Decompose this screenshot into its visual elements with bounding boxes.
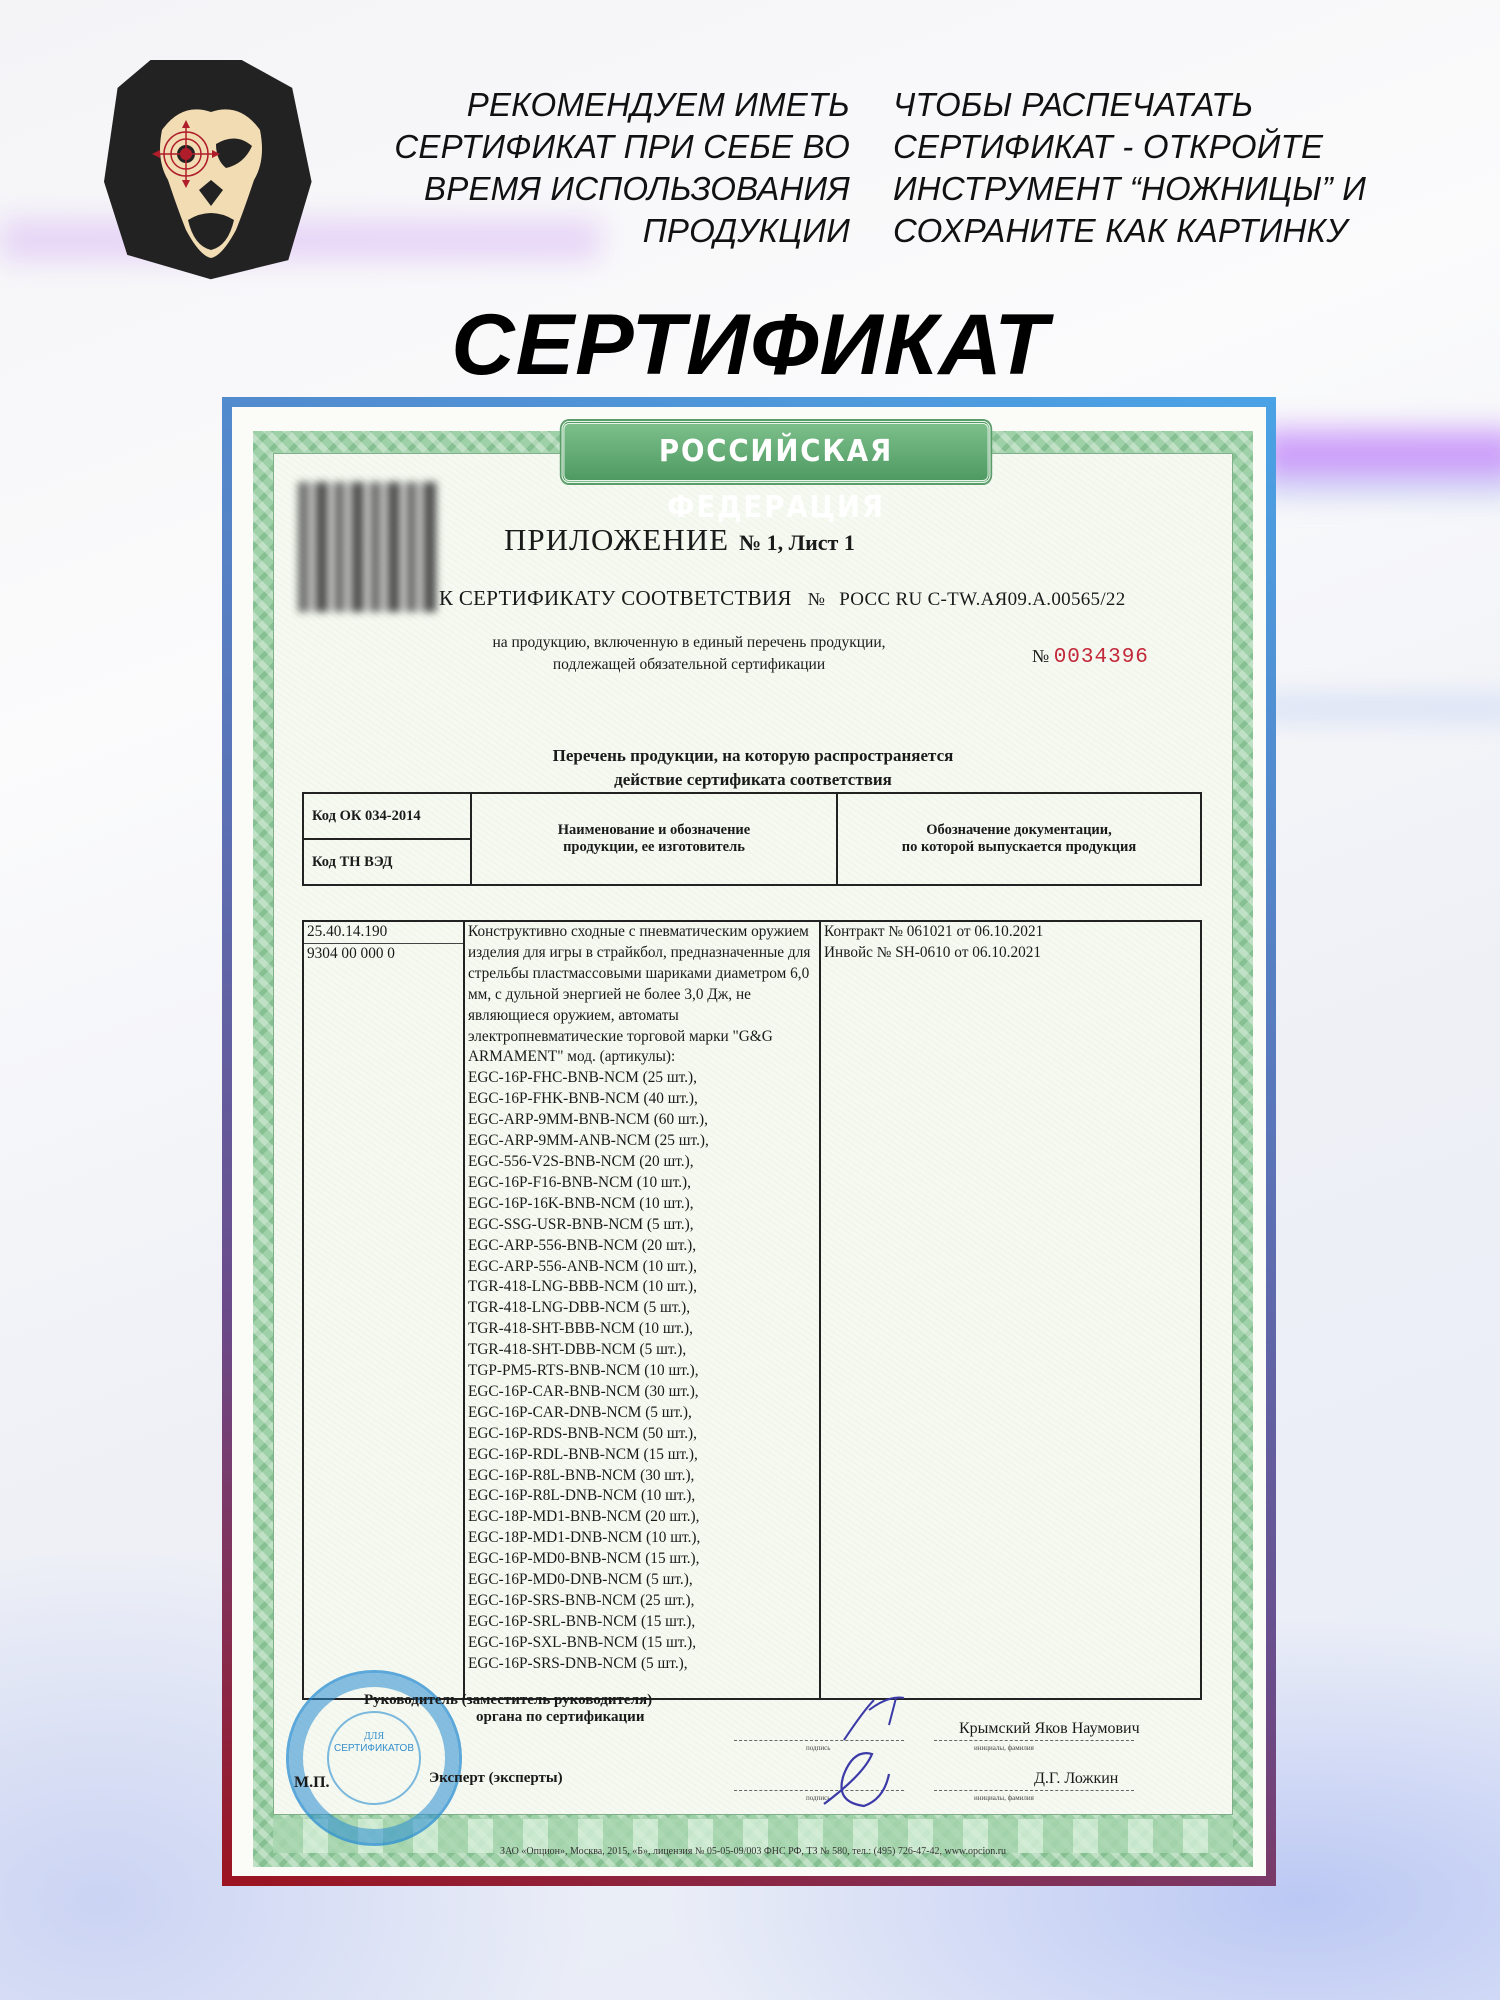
expert-name: Д.Г. Ложкин — [1034, 1770, 1118, 1788]
page-title: СЕРТИФИКАТ — [0, 296, 1500, 395]
product-item: EGC-ARP-9MM-BNB-NCM (60 шт.), — [468, 1110, 816, 1131]
product-item: EGC-16P-RDS-BNB-NCM (50 шт.), — [468, 1424, 816, 1445]
background-streak — [1260, 700, 1500, 716]
head-label: Руководитель (заместитель руководителя) … — [364, 1692, 652, 1726]
product-item: EGC-ARP-9MM-ANB-NCM (25 шт.), — [468, 1131, 816, 1152]
product-cell: Конструктивно сходные с пневматическим о… — [464, 921, 820, 1699]
product-item: EGC-16P-CAR-DNB-NCM (5 шт.), — [468, 1403, 816, 1424]
table-row: 25.40.14.190 9304 00 000 0 Конструктивно… — [303, 921, 1201, 1699]
product-item: TGR-418-SHT-BBB-NCM (10 шт.), — [468, 1319, 816, 1340]
header-documentation: Обозначение документации, по которой вып… — [837, 793, 1201, 885]
background-streak — [1260, 430, 1500, 480]
header-product-name: Наименование и обозначение продукции, ее… — [471, 793, 837, 885]
certificate-image: ПРИЛОЖЕНИЕ№ 1, Лист 1 К СЕРТИФИКАТУ СООТ… — [253, 431, 1253, 1867]
product-item: EGC-ARP-556-ANB-NCM (10 шт.), — [468, 1257, 816, 1278]
background-streak — [1260, 480, 1500, 496]
product-list: EGC-16P-FHC-BNB-NCM (25 шт.),EGC-16P-FHK… — [468, 1068, 816, 1674]
product-table-header: Код ОК 034-2014 Наименование и обозначен… — [302, 792, 1202, 886]
product-item: EGC-16P-R8L-DNB-NCM (10 шт.), — [468, 1486, 816, 1507]
document-contract: Контракт № 061021 от 06.10.2021 — [824, 922, 1197, 943]
head-name: Крымский Яков Наумович — [959, 1720, 1140, 1738]
printer-imprint: ЗАО «Опцион», Москва, 2015, «Б», лицензи… — [274, 1846, 1232, 1857]
documents-cell: Контракт № 061021 от 06.10.2021 Инвойс №… — [820, 921, 1201, 1699]
product-item: EGC-16P-RDL-BNB-NCM (15 шт.), — [468, 1445, 816, 1466]
product-item: EGC-ARP-556-BNB-NCM (20 шт.), — [468, 1236, 816, 1257]
product-item: EGC-18P-MD1-BNB-NCM (20 шт.), — [468, 1507, 816, 1528]
product-item: EGC-SSG-USR-BNB-NCM (5 шт.), — [468, 1215, 816, 1236]
product-item: TGR-418-LNG-DBB-NCM (5 шт.), — [468, 1298, 816, 1319]
product-item: EGC-556-V2S-BNB-NCM (20 шт.), — [468, 1152, 816, 1173]
signature-mark-icon — [794, 1744, 904, 1814]
product-item: EGC-16P-FHC-BNB-NCM (25 шт.), — [468, 1068, 816, 1089]
product-item: EGC-16P-16K-BNB-NCM (10 шт.), — [468, 1194, 816, 1215]
header-code-tnved: Код ТН ВЭД — [303, 839, 471, 885]
product-item: EGC-16P-MD0-DNB-NCM (5 шт.), — [468, 1570, 816, 1591]
product-item: EGC-16P-CAR-BNB-NCM (30 шт.), — [468, 1382, 816, 1403]
product-item: EGC-16P-SRS-BNB-NCM (25 шт.), — [468, 1591, 816, 1612]
header-code-ok: Код ОК 034-2014 — [303, 793, 471, 839]
product-item: TGP-PM5-RTS-BNB-NCM (10 шт.), — [468, 1361, 816, 1382]
certificate-frame: ПРИЛОЖЕНИЕ№ 1, Лист 1 К СЕРТИФИКАТУ СООТ… — [222, 397, 1276, 1886]
codes-cell: 25.40.14.190 9304 00 000 0 — [303, 921, 464, 1699]
expert-label: Эксперт (эксперты) — [429, 1770, 563, 1787]
product-table: 25.40.14.190 9304 00 000 0 Конструктивно… — [302, 920, 1202, 1700]
keep-certificate-note: РЕКОМЕНДУЕМ ИМЕТЬ СЕРТИФИКАТ ПРИ СЕБЕ ВО… — [394, 84, 850, 252]
product-item: EGC-16P-SRL-BNB-NCM (15 шт.), — [468, 1612, 816, 1633]
signature-mark-icon — [834, 1690, 914, 1750]
seal-label: М.П. — [294, 1774, 330, 1792]
product-item: TGR-418-LNG-BBB-NCM (10 шт.), — [468, 1277, 816, 1298]
product-item: TGR-418-SHT-DBB-NCM (5 шт.), — [468, 1340, 816, 1361]
qr-code-blurred — [298, 482, 438, 612]
serial-number: № 0034396 — [1032, 646, 1149, 669]
product-item: EGC-16P-F16-BNB-NCM (10 шт.), — [468, 1173, 816, 1194]
certificate-number-line: К СЕРТИФИКАТУ СООТВЕТСТВИЯ№РОСС RU C-TW.… — [439, 586, 1126, 611]
product-item: EGC-16P-R8L-BNB-NCM (30 шт.), — [468, 1466, 816, 1487]
product-item: EGC-16P-SXL-BNB-NCM (15 шт.), — [468, 1633, 816, 1654]
document-invoice: Инвойс № SH-0610 от 06.10.2021 — [824, 943, 1197, 964]
product-item: EGC-18P-MD1-DNB-NCM (10 шт.), — [468, 1528, 816, 1549]
product-item: EGC-16P-FHK-BNB-NCM (40 шт.), — [468, 1089, 816, 1110]
lion-logo-icon — [104, 60, 318, 280]
scope-text: на продукцию, включенную в единый перече… — [424, 632, 954, 676]
product-list-title: Перечень продукции, на которую распростр… — [274, 744, 1232, 792]
russian-federation-banner: РОССИЙСКАЯ ФЕДЕРАЦИЯ — [562, 421, 991, 483]
product-description: Конструктивно сходные с пневматическим о… — [468, 922, 816, 1068]
product-item: EGC-16P-SRS-DNB-NCM (5 шт.), — [468, 1654, 816, 1675]
print-instructions-note: ЧТОБЫ РАСПЕЧАТАТЬ СЕРТИФИКАТ - ОТКРОЙТЕ … — [893, 84, 1366, 252]
certificate-number: РОСС RU C-TW.АЯ09.А.00565/22 — [839, 589, 1125, 610]
product-item: EGC-16P-MD0-BNB-NCM (15 шт.), — [468, 1549, 816, 1570]
